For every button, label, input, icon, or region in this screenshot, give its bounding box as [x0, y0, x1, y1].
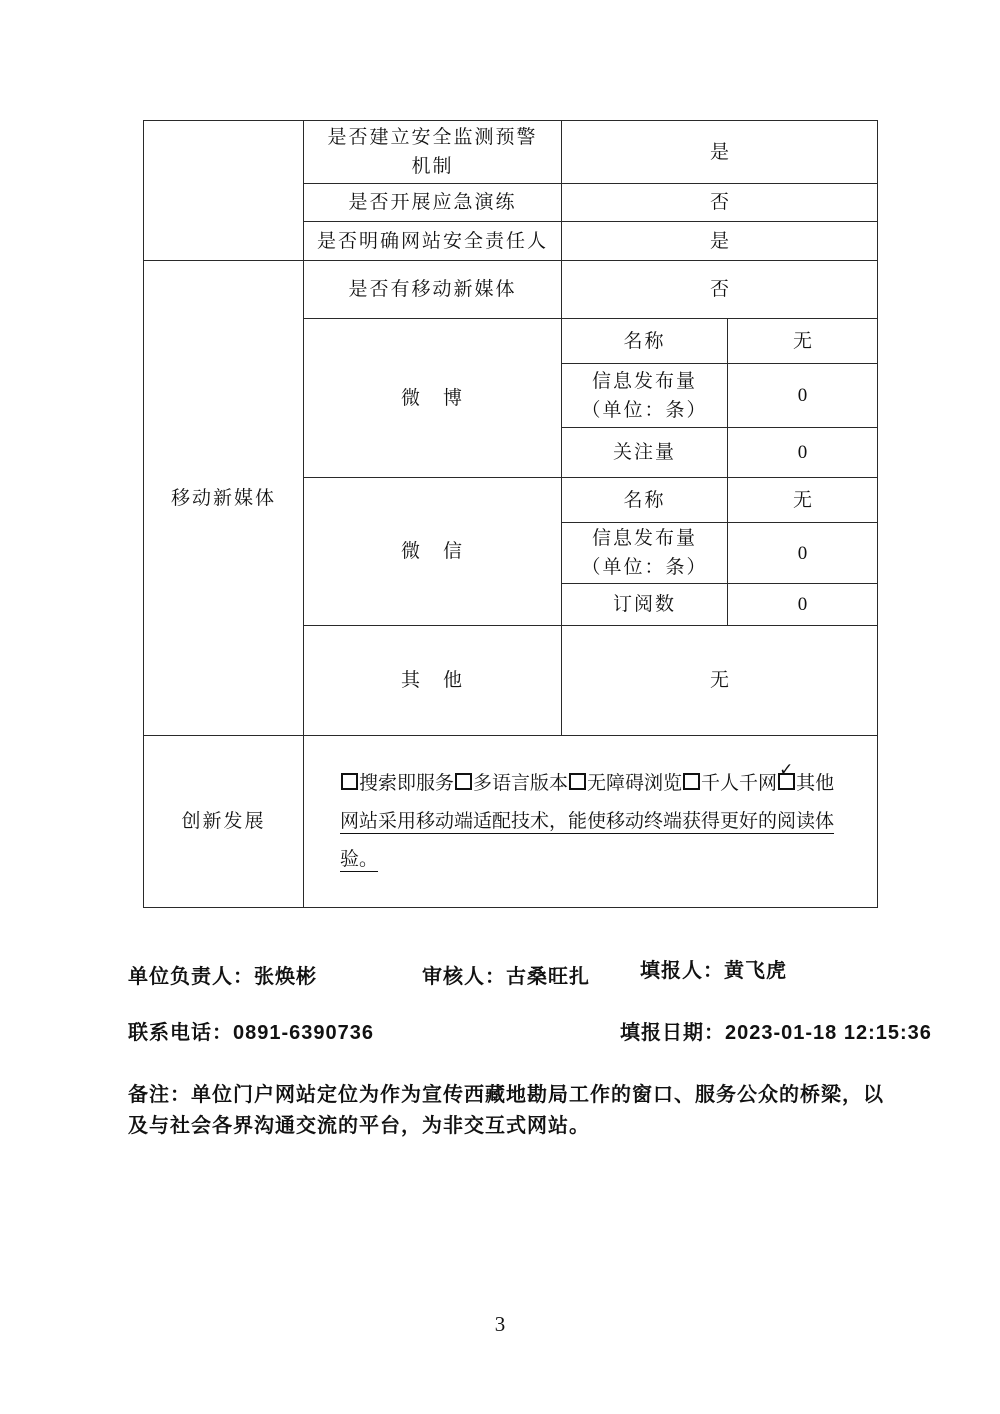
reviewer-line: 审核人：古桑旺扎 — [422, 960, 590, 989]
weibo-row-value: 0 — [728, 428, 878, 478]
checkbox-icon: ✓ — [569, 773, 586, 790]
checkbox-search-as-service[interactable]: ✓搜索即服务 — [340, 773, 454, 794]
checkbox-other[interactable]: ✓其他 — [777, 773, 834, 794]
phone-value: 0891-6390736 — [233, 1022, 374, 1044]
phone-label: 联系电话： — [128, 1022, 233, 1044]
weibo-cell: 微 博 — [304, 319, 562, 478]
phone-line: 联系电话：0891-6390736 — [128, 1016, 374, 1045]
page-number: 3 — [0, 1312, 1000, 1337]
security-row-value: 是 — [562, 222, 878, 261]
checkbox-icon: ✓ — [778, 773, 795, 790]
check-icon: ✓ — [779, 762, 793, 779]
checkbox-icon: ✓ — [341, 773, 358, 790]
checkbox-accessible-browsing[interactable]: ✓无障碍浏览 — [568, 773, 682, 794]
weibo-row-label: 名称 — [562, 319, 728, 364]
date-value: 2023-01-18 12:15:36 — [725, 1022, 932, 1044]
wechat-row-value: 0 — [728, 584, 878, 626]
checkbox-multilingual[interactable]: ✓多语言版本 — [454, 773, 568, 794]
checkbox-label: 无障碍浏览 — [587, 773, 682, 794]
unit-head-value: 张焕彬 — [254, 966, 317, 988]
unit-head-line: 单位负责人：张焕彬 — [128, 960, 317, 989]
wechat-row-label: 信息发布量 （单位：条） — [562, 523, 728, 584]
innovation-detail-text: 网站采用移动端适配技术，能使移动终端获得更好的阅读体验。 — [340, 811, 834, 870]
innovation-cell: ✓搜索即服务✓多语言版本✓无障碍浏览✓千人千网✓其他网站采用移动端适配技术，能使… — [304, 736, 878, 908]
weibo-row-label: 信息发布量 （单位：条） — [562, 364, 728, 428]
security-row-label: 是否建立安全监测预警 机制 — [304, 121, 562, 184]
checkbox-label: 千人千网 — [701, 773, 777, 794]
category-mobile-media: 移动新媒体 — [144, 261, 304, 736]
wechat-cell: 微 信 — [304, 478, 562, 626]
date-line: 填报日期：2023-01-18 12:15:36 — [620, 1016, 932, 1045]
security-row-value: 否 — [562, 184, 878, 222]
unit-head-label: 单位负责人： — [128, 966, 254, 988]
reviewer-label: 审核人： — [422, 966, 506, 988]
security-row-label: 是否明确网站安全责任人 — [304, 222, 562, 261]
weibo-row-label: 关注量 — [562, 428, 728, 478]
weibo-row-value: 0 — [728, 364, 878, 428]
category-cell-empty — [144, 121, 304, 261]
has-mobile-media-value: 否 — [562, 261, 878, 319]
weibo-row-value: 无 — [728, 319, 878, 364]
filler-value: 黄飞虎 — [724, 960, 787, 982]
checkbox-icon: ✓ — [683, 773, 700, 790]
wechat-row-label: 名称 — [562, 478, 728, 523]
security-row-label: 是否开展应急演练 — [304, 184, 562, 222]
annual-report-table: 是否建立安全监测预警 机制 是 是否开展应急演练 否 是否明确网站安全责任人 是… — [143, 120, 878, 908]
checkbox-icon: ✓ — [455, 773, 472, 790]
category-innovation: 创新发展 — [144, 736, 304, 908]
report-page: 是否建立安全监测预警 机制 是 是否开展应急演练 否 是否明确网站安全责任人 是… — [0, 0, 1000, 1414]
date-label: 填报日期： — [620, 1022, 725, 1044]
remark-note: 备注：单位门户网站定位为作为宣传西藏地勘局工作的窗口、服务公众的桥梁，以 及与社… — [128, 1080, 968, 1142]
has-mobile-media-label: 是否有移动新媒体 — [304, 261, 562, 319]
filler-label: 填报人： — [640, 960, 724, 982]
reviewer-value: 古桑旺扎 — [506, 966, 590, 988]
wechat-row-label: 订阅数 — [562, 584, 728, 626]
other-media-value: 无 — [562, 626, 878, 736]
security-row-value: 是 — [562, 121, 878, 184]
checkbox-label: 多语言版本 — [473, 773, 568, 794]
checkbox-label: 其他 — [796, 773, 834, 794]
wechat-row-value: 无 — [728, 478, 878, 523]
filler-line: 填报人：黄飞虎 — [640, 954, 787, 983]
other-media-cell: 其 他 — [304, 626, 562, 736]
checkbox-qianren-qianwang[interactable]: ✓千人千网 — [682, 773, 777, 794]
innovation-content: ✓搜索即服务✓多语言版本✓无障碍浏览✓千人千网✓其他网站采用移动端适配技术，能使… — [340, 765, 844, 879]
checkbox-label: 搜索即服务 — [359, 773, 454, 794]
wechat-row-value: 0 — [728, 523, 878, 584]
